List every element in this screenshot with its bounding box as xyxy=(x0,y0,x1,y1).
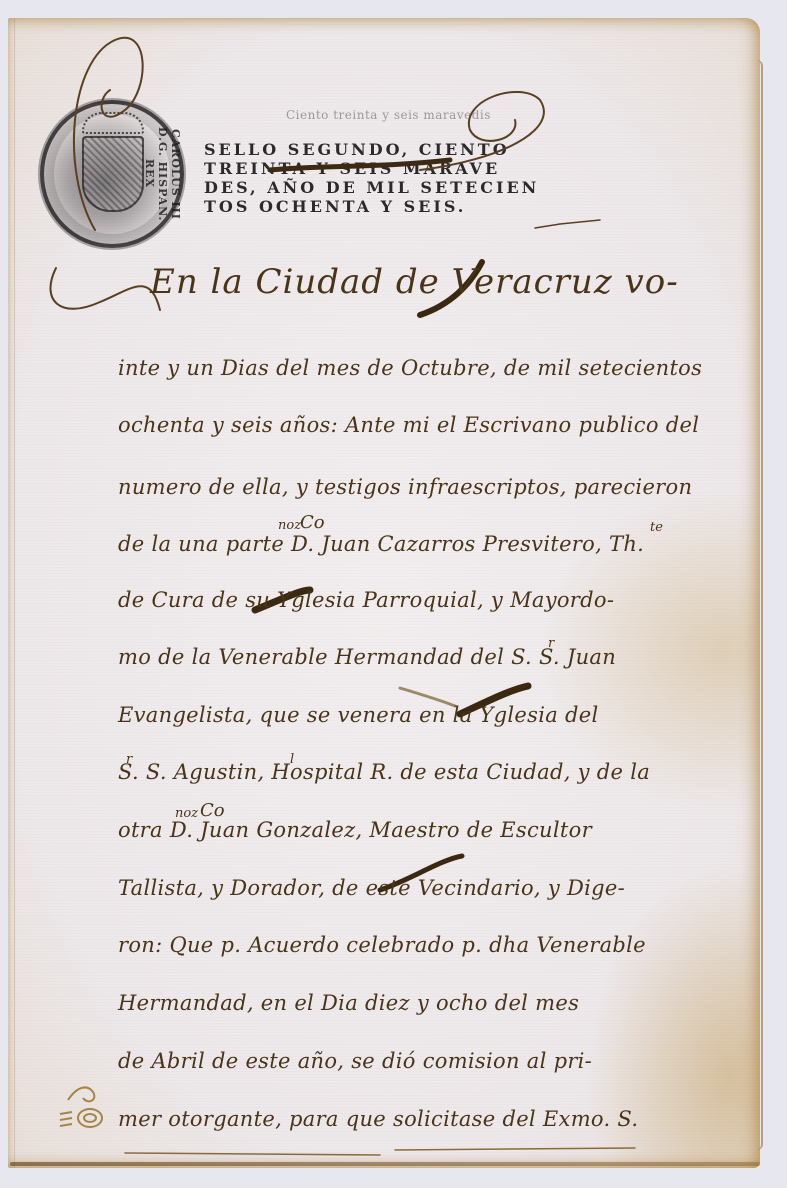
body-line-1: inte y un Dias del mes de Octubre, de mi… xyxy=(118,356,702,380)
body-line-8: S. S. Agustin, Hospital R. de esta Ciuda… xyxy=(118,760,650,784)
opening-line: En la Ciudad de Veracruz vo- xyxy=(150,262,679,302)
superscript-abbrev: r xyxy=(126,752,132,767)
body-line-12: Hermandad, en el Dia diez y ocho del mes xyxy=(118,991,579,1015)
crown-icon xyxy=(82,112,144,134)
superscript-abbrev: r xyxy=(548,636,554,651)
printed-sealed-paper-header: SELLO SEGUNDO, CIENTO TREINTA Y SEIS MAR… xyxy=(204,140,644,216)
body-line-13: de Abril de este año, se dió comision al… xyxy=(118,1049,592,1073)
rubric-flourish-icon xyxy=(58,1080,118,1140)
body-line-9: otra D. Juan Gonzalez, Maestro de Escult… xyxy=(118,818,592,842)
document-scan: CAROLUS III D.G. HISPAN. REX Ciento trei… xyxy=(0,0,787,1188)
superscript-abbrev: te xyxy=(650,520,663,535)
printed-header-line: TOS OCHENTA Y SEIS. xyxy=(204,197,644,216)
body-line-6: mo de la Venerable Hermandad del S. S. J… xyxy=(118,645,616,669)
torn-right-edge xyxy=(753,60,763,1150)
superscript-abbrev: l xyxy=(290,752,294,767)
superscript-abbrev: Co xyxy=(300,512,325,533)
printed-header-line: DES, AÑO DE MIL SETECIEN xyxy=(204,178,644,197)
printed-value-note: Ciento treinta y seis maravedis xyxy=(286,108,491,122)
body-line-11: ron: Que p. Acuerdo celebrado p. dha Ven… xyxy=(118,933,646,957)
body-line-3: numero de ella, y testigos infraescripto… xyxy=(118,475,692,499)
body-line-4: de la una parte D. Juan Cazarros Presvit… xyxy=(118,532,644,556)
printed-header-line: SELLO SEGUNDO, CIENTO xyxy=(204,140,644,159)
coat-of-arms-shield-icon xyxy=(82,136,144,212)
superscript-abbrev: noz xyxy=(278,518,301,533)
seal-legend: CAROLUS III D.G. HISPAN. REX xyxy=(156,116,182,232)
body-line-10: Tallista, y Dorador, de este Vecindario,… xyxy=(118,876,625,900)
superscript-abbrev: noz xyxy=(175,806,198,821)
worn-bottom-edge xyxy=(10,1162,760,1166)
body-line-7: Evangelista, que se venera en la Yglesia… xyxy=(118,703,599,727)
binding-fold-line xyxy=(14,18,15,1168)
printed-header-line: TREINTA Y SEIS MARAVE xyxy=(204,159,644,178)
body-line-5: de Cura de su Yglesia Parroquial, y Mayo… xyxy=(118,588,614,612)
body-line-2: ochenta y seis años: Ante mi el Escrivan… xyxy=(118,413,699,437)
superscript-abbrev: Co xyxy=(200,800,225,821)
body-line-14: mer otorgante, para que solicitase del E… xyxy=(118,1107,638,1131)
margin-rubric-signature-icon xyxy=(58,1080,118,1142)
royal-seal-stamp: CAROLUS III D.G. HISPAN. REX xyxy=(40,100,184,248)
